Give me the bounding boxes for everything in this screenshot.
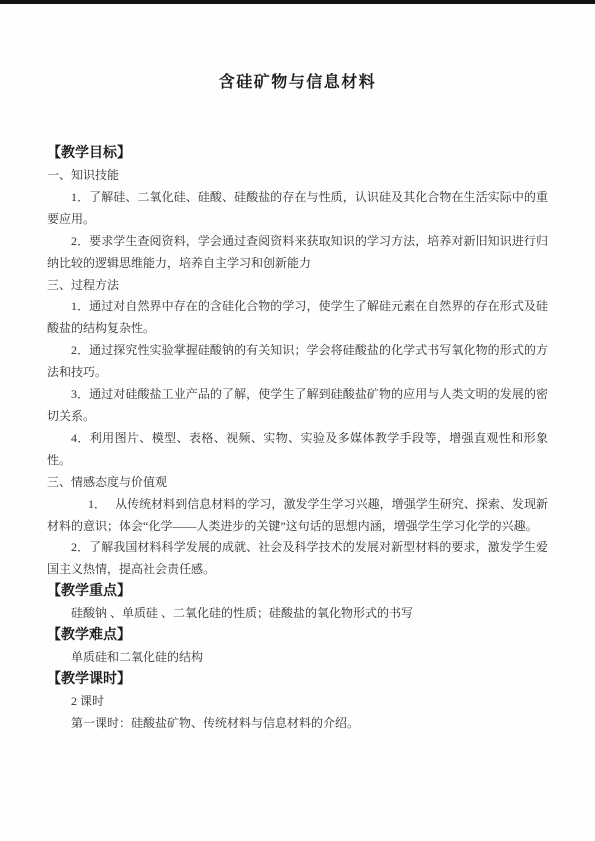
section-header-teaching-focus: 【教学重点】 xyxy=(47,581,548,603)
paragraph-focus-content: 硅酸钠 、单质硅 、二氧化硅的性质；硅酸盐的氧化物形式的书写 xyxy=(47,603,548,625)
paragraph-objective-item: 1． 从传统材料到信息材料的学习，激发学生学习兴趣，增强学生研究、探索、发现新材… xyxy=(47,494,548,538)
paragraph-objective-item: 2．通过探究性实验掌握硅酸钠的有关知识；学会将硅酸盐的化学式书写氧化物的形式的方… xyxy=(47,340,548,384)
paragraph-knowledge-skills-label: 一、知识技能 xyxy=(47,165,548,187)
document-page: 含硅矿物与信息材料 【教学目标】 一、知识技能 1．了解硅、二氧化硅、硅酸、硅酸… xyxy=(0,0,595,841)
paragraph-objective-item: 1．通过对自然界中存在的含硅化合物的学习，使学生了解硅元素在自然界的存在形式及硅… xyxy=(47,296,548,340)
document-title: 含硅矿物与信息材料 xyxy=(47,72,548,94)
section-header-teaching-objectives: 【教学目标】 xyxy=(47,143,548,165)
document-content: 含硅矿物与信息材料 【教学目标】 一、知识技能 1．了解硅、二氧化硅、硅酸、硅酸… xyxy=(47,0,548,735)
paragraph-process-methods-label: 三、过程方法 xyxy=(47,275,548,297)
paragraph-objective-item: 1．了解硅、二氧化硅、硅酸、硅酸盐的存在与性质，认识硅及其化合物在生活实际中的重… xyxy=(47,187,548,231)
section-header-teaching-difficulty: 【教学难点】 xyxy=(47,625,548,647)
paragraph-objective-item: 3．通过对硅酸盐工业产品的了解，使学生了解到硅酸盐矿物的应用与人类文明的发展的密… xyxy=(47,384,548,428)
paragraph-objective-item: 2．要求学生查阅资料，学会通过查阅资料来获取知识的学习方法，培养对新旧知识进行归… xyxy=(47,231,548,275)
paragraph-objective-item: 4．利用图片、模型、表格、视频、实物、实验及多媒体教学手段等，增强直观性和形象性… xyxy=(47,428,548,472)
paragraph-period-count: 2 课时 xyxy=(47,691,548,713)
paragraph-values-label: 三、情感态度与价值观 xyxy=(47,472,548,494)
section-header-teaching-periods: 【教学课时】 xyxy=(47,669,548,691)
paragraph-objective-item: 2．了解我国材料科学发展的成就、社会及科学技术的发展对新型材料的要求，激发学生爱… xyxy=(47,537,548,581)
paragraph-first-period: 第一课时：硅酸盐矿物、传统材料与信息材料的介绍。 xyxy=(47,713,548,735)
paragraph-difficulty-content: 单质硅和二氧化硅的结构 xyxy=(47,647,548,669)
